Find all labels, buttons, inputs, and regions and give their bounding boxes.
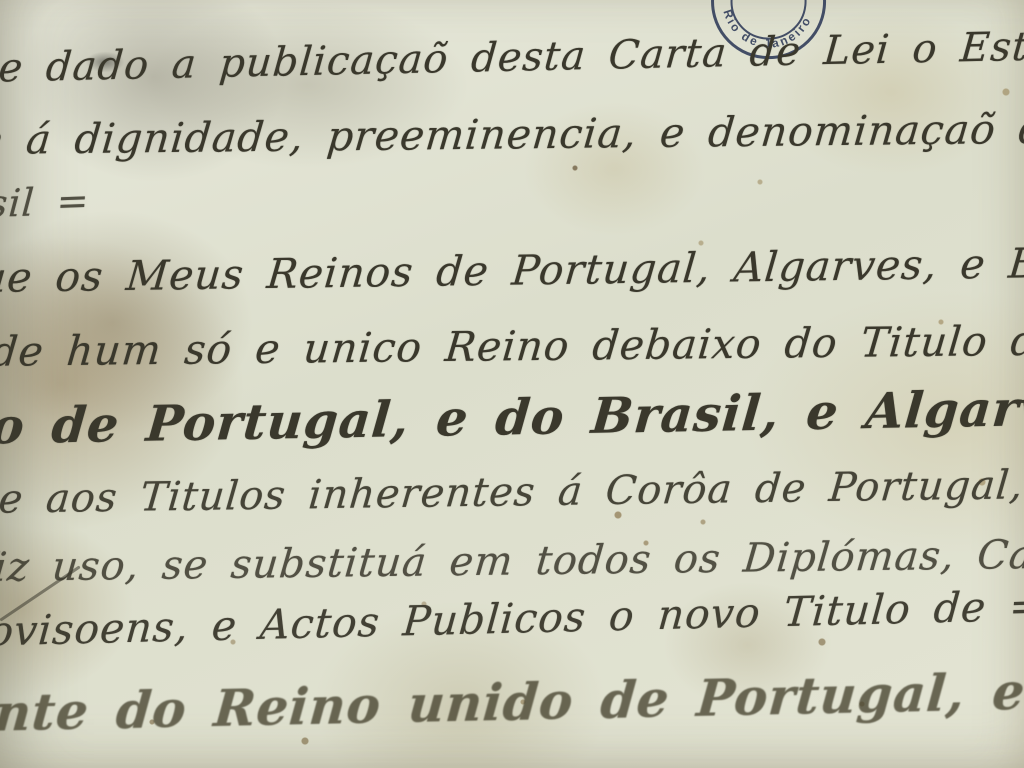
manuscript-photo: Rio de Janeiro ······· ue dado a publica… [0, 0, 1024, 768]
manuscript-line-10: ente do Reino unido de Portugal, e do Br [0, 658, 1024, 743]
manuscript-line-8: fiz uso, se substituá em todos os Diplóm… [0, 530, 1024, 591]
manuscript-line-5: ade hum só e unico Reino debaixo do Titu… [0, 315, 1024, 376]
manuscript-line-2: e á dignidade, preeminencia, e denominaç… [0, 103, 1024, 164]
manuscript-line-9: rovisoens, e Actos Publicos o novo Titul… [0, 579, 1024, 656]
manuscript-line-4: ue os Meus Reinos de Portugal, Algarves,… [0, 236, 1024, 302]
manuscript-line-6: do de Portugal, e do Brasil, e Algarves … [0, 377, 1024, 456]
manuscript-line-1: ue dado a publicaçaõ desta Carta de Lei … [0, 19, 1024, 92]
manuscript-line-7: ue aos Titulos inherentes á Corôa de Por… [0, 458, 1024, 523]
manuscript-line-3: sil = [0, 178, 91, 226]
